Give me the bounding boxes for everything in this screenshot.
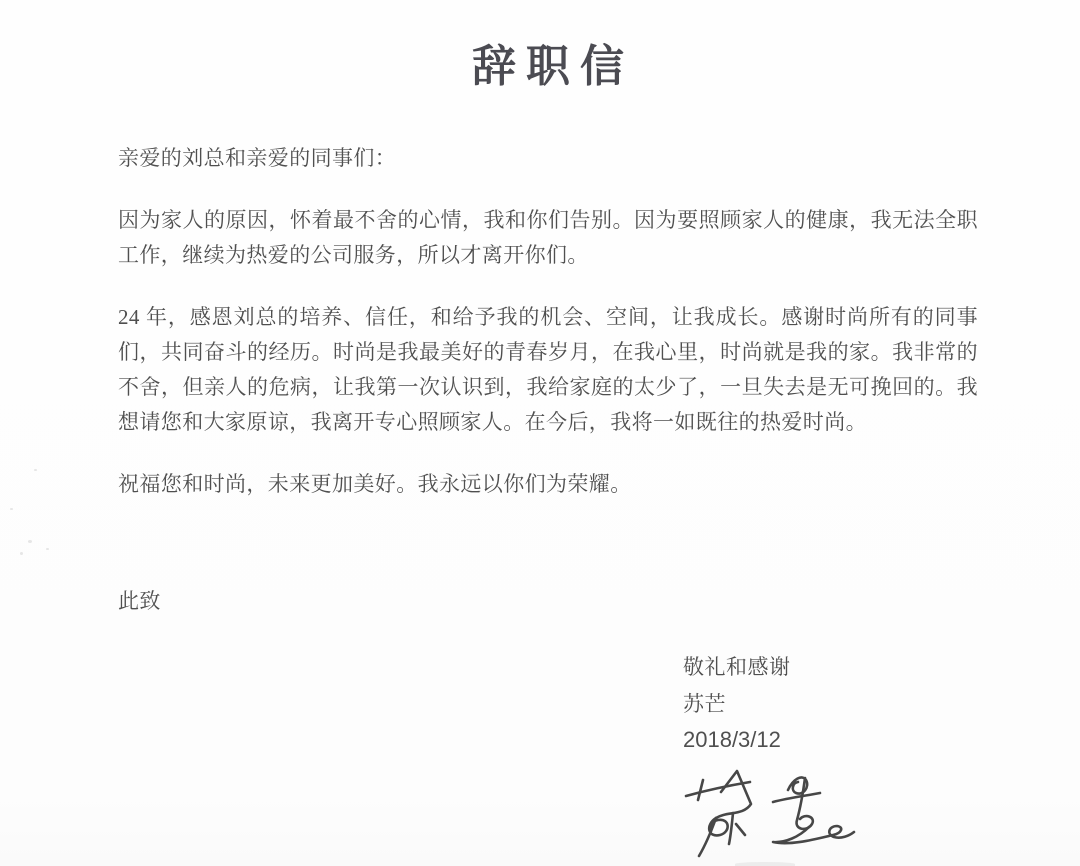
scan-speck — [10, 508, 13, 510]
letter-page: 辞职信 亲爱的刘总和亲爱的同事们： 因为家人的原因，怀着最不舍的心情，我和你们告… — [0, 0, 1080, 866]
scan-speck — [46, 548, 49, 550]
scan-speck — [28, 540, 32, 543]
pre-closing: 此致 — [118, 584, 978, 619]
salutation: 亲爱的刘总和亲爱的同事们： — [118, 141, 978, 176]
page-title: 辞职信 — [118, 30, 978, 94]
closing-block: 敬礼和感谢 苏芒 2018/3/12 — [683, 649, 978, 759]
scan-shadow — [735, 862, 795, 866]
closing-date: 2018/3/12 — [683, 722, 978, 759]
paragraph-2: 24 年，感恩刘总的培养、信任，和给予我的机会、空间，让我成长。感谢时尚所有的同… — [118, 300, 978, 440]
handwritten-signature — [670, 765, 870, 865]
closing-salute: 敬礼和感谢 — [683, 649, 978, 686]
scan-speck — [20, 552, 23, 555]
signature-icon — [670, 765, 870, 865]
letter-content: 辞职信 亲爱的刘总和亲爱的同事们： 因为家人的原因，怀着最不舍的心情，我和你们告… — [118, 0, 978, 865]
paragraph-3: 祝福您和时尚，未来更加美好。我永远以你们为荣耀。 — [118, 467, 978, 502]
paragraph-1: 因为家人的原因，怀着最不舍的心情，我和你们告别。因为要照顾家人的健康，我无法全职… — [118, 203, 978, 273]
signer-name: 苏芒 — [683, 686, 978, 723]
scan-speck — [34, 469, 37, 471]
